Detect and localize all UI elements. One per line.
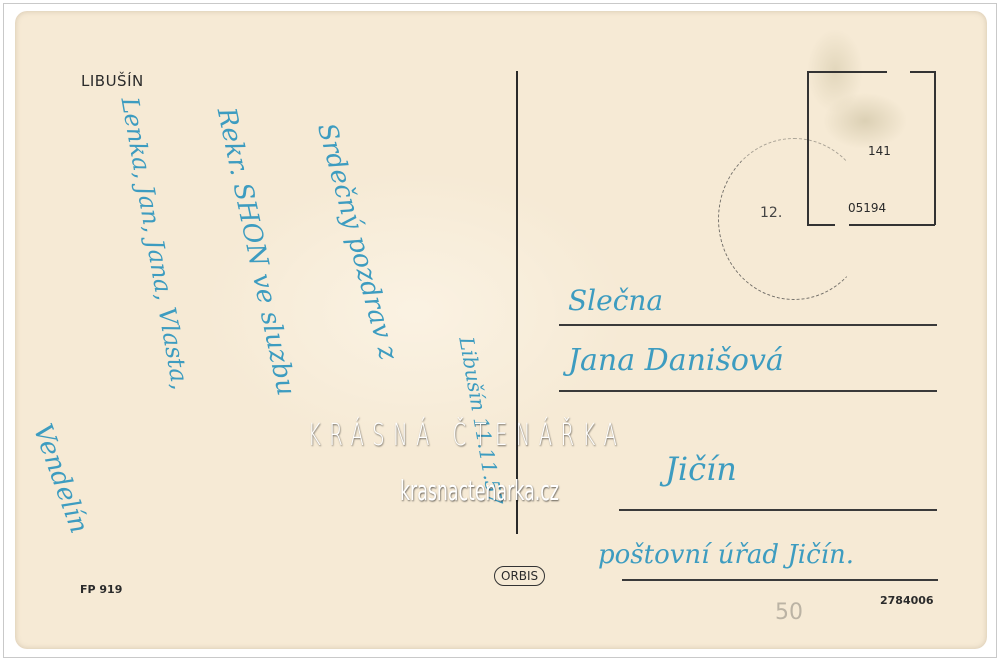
pencil-price-mark: 50 <box>775 600 803 625</box>
address-line-rule <box>622 579 938 581</box>
address-line-rule <box>559 324 937 326</box>
watermark-url: krasnactenarka.cz <box>400 474 559 507</box>
publisher-logo: ORBIS <box>494 566 545 586</box>
address-post-office: poštovní úřad Jičín. <box>598 540 854 570</box>
postmark-date: 12. <box>760 205 782 221</box>
address-recipient-name: Jana Danišová <box>568 343 784 378</box>
postmark-stamp <box>718 138 870 300</box>
watermark-title: KRÁSNÁ ČTENÁŘKA <box>308 418 698 453</box>
serial-number: 2784006 <box>880 594 934 607</box>
publisher-code: FP 919 <box>80 583 122 596</box>
place-name: LIBUŠÍN <box>81 72 144 90</box>
center-divider <box>516 71 518 534</box>
address-line-rule <box>559 390 937 392</box>
stamp-number-top: 141 <box>868 144 891 158</box>
address-city: Jičín <box>665 450 737 488</box>
address-line-rule <box>619 509 937 511</box>
address-recipient-title: Slečna <box>568 284 663 317</box>
